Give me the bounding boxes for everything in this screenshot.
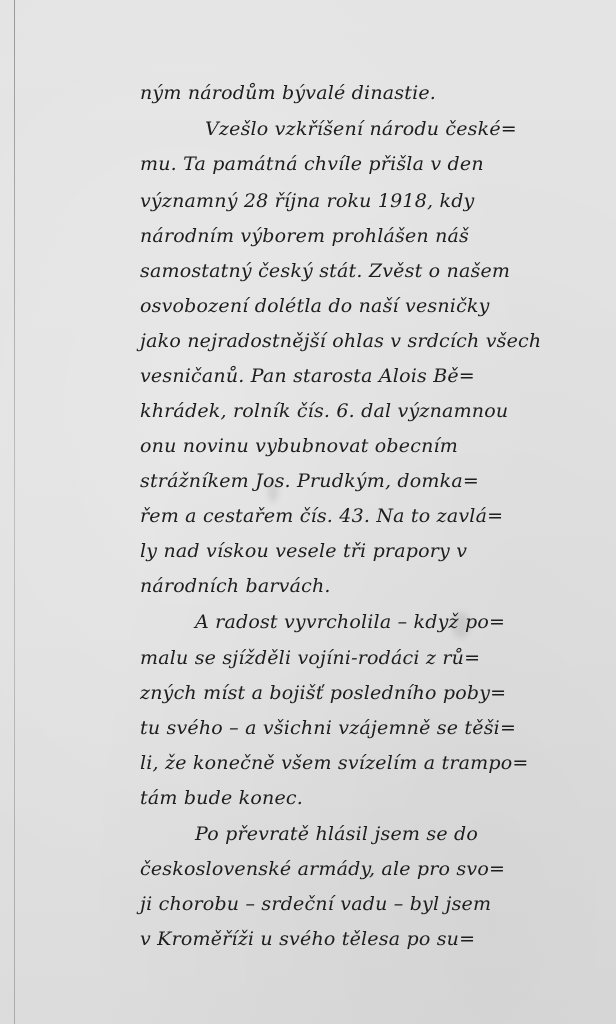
text-line: národních barvách. [140,575,331,597]
text-line: mu. Ta památná chvíle přišla v den [140,153,484,175]
text-line: Vzešlo vzkříšení národu české= [205,118,517,140]
text-line: Po převratě hlásil jsem se do [195,823,478,845]
text-line: ným národům bývalé dinastie. [140,82,436,104]
text-line: ji chorobu – srdeční vadu – byl jsem [140,893,491,915]
text-line: významný 28 října roku 1918, kdy [140,190,475,212]
page-edge-line [14,0,15,1024]
text-line: strážníkem Jos. Prudkým, domka= [140,470,479,492]
text-line: v Kroměříži u svého tělesa po su= [140,928,475,950]
text-line: samostatný český stát. Zvěst o našem [140,260,510,282]
text-line: tám bude konec. [140,787,303,809]
text-line: zných míst a bojišť posledního poby= [140,682,506,704]
text-line: tu svého – a všichni vzájemně se těši= [140,717,516,739]
text-line: československé armády, ale pro svo= [140,858,505,880]
text-line: národním výborem prohlášen náš [140,225,469,247]
text-line: ly nad vískou vesele tři prapory v [140,540,467,562]
text-line: vesničanů. Pan starosta Alois Bě= [140,365,475,387]
text-line: řem a cestařem čís. 43. Na to zavlá= [140,505,503,527]
text-line: A radost vyvrcholila – když po= [195,611,505,633]
text-line: jako nejradostnější ohlas v srdcích všec… [140,330,541,352]
text-line: li, že konečně všem svízelím a trampo= [140,752,528,774]
text-line: malu se sjížděli vojíni-rodáci z rů= [140,647,480,669]
manuscript-page: ným národům bývalé dinastie. Vzešlo vzkř… [0,0,616,1024]
text-line: osvobození dolétla do naší vesničky [140,295,490,317]
text-line: onu novinu vybubnovat obecním [140,435,458,457]
text-line: khrádek, rolník čís. 6. dal významnou [140,400,508,422]
